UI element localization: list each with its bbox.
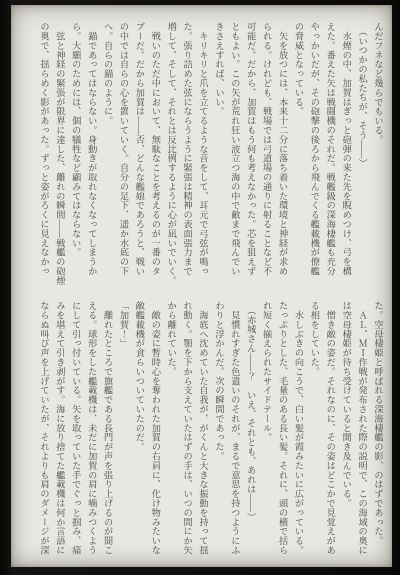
text-column: （いつかの私たちが、そう——） (353, 22, 369, 274)
text-column: キリキリと爪を立てるような音をして、耳元で弓弦が鳴っ (194, 22, 210, 274)
text-column: た。張り詰めた弦にならうように緊張は精神の表面張力まで (178, 22, 194, 274)
text-column: は空母棲姫が待ち受けていると聞き及んでいる。 (337, 301, 353, 563)
scan-background: んだフネなど幾らでもいる。 （いつかの私たちが、そう——） 水煙の中、加賀はぎっ… (0, 0, 400, 575)
text-column: にして引っ付いている。矢を取っていた手でぐっと掴み、痛 (67, 301, 83, 563)
text-column: 増して、そして、それとは反比例するように心が凪いでいく。 (162, 22, 178, 274)
text-column: ともよい。この矢が荒れ狂い波立つ海の中で敵まで飛んでい (226, 22, 242, 274)
book-page: んだフネなど幾らでもいる。 （いつかの私たちが、そう——） 水煙の中、加賀はぎっ… (11, 5, 392, 567)
text-column: みを堪えて引き剥がす。海に放り捨てた艦載機は何か言語に (51, 301, 67, 563)
text-column: たっぷりとした、毛量のある長い髪。それに、頭の横で括ら (274, 301, 290, 563)
text-column: 水煙の中、加賀はぎっと砲弾の来た先を睨めつけ、弓を構 (337, 22, 353, 274)
text-column: える。球形をした艦載機は、未だに加賀の肩に噛みつくよう (83, 301, 99, 563)
text-column: やっかいだが、その砲撃の後ろから飛んでくる艦載機が僚艦 (305, 22, 321, 274)
text-column: た。空母棲姫と呼ばれる深海棲艦の影、のはずであった。 (369, 301, 385, 563)
text-column: れ動く。顎を下から支えていたはずの手は、いつの間にか矢 (178, 301, 194, 563)
text-column: 矢を放つには、本来十二分に落ち着いた環境と神経が求め (274, 22, 290, 274)
text-column: ら。大願のためには、個の犠牲など顧みてはならない。 (67, 22, 83, 274)
text-column: の脅威となっている。 (290, 22, 306, 274)
text-column: 憎き敵の姿だ。それなのに、その姿はどこかで見覚えがあ (321, 301, 337, 563)
text-column: ならぬ叫び声を上げていたが、それよりも肩のダメージが深 (35, 301, 51, 563)
text-column: られる。けれども、戦場では弓道場の通りに射ることなど不 (258, 22, 274, 274)
text-column: きさえすれば、いい。 (210, 22, 226, 274)
text-column: 弦と神経の緊張が限界に達した、離れの瞬間——戦艦の砲煙 (51, 22, 67, 274)
text-column: 敵艦載機が食らいついていたのだ。 (131, 301, 147, 563)
text-column: の中では自らの心を置いていく。自分の足下、遥か水底の下 (115, 22, 131, 274)
text-column: 海底へ沈めていた自我が、がくんと大きな振動を持って揺 (194, 301, 210, 563)
text-column: 「加賀！」 (115, 301, 131, 563)
text-column: ＡＬ、ＭＩ作戦が発布された際の説明で、この海域の奥に (353, 301, 369, 563)
text-column: 水しぶきの向こうで、白い髪が霞みたいに広がっている。 (290, 301, 306, 563)
text-column: 離れたところで旗艦である長門が声を張り上げるのが聞こ (99, 301, 115, 563)
text-column: の奥で、揺らめく影があった。ずっと姿がろくに見えなかっ (35, 22, 51, 274)
text-column: んだフネなど幾らでもいる。 (369, 22, 385, 274)
text-column: へ。自らの錨のように。 (99, 22, 115, 274)
text-column: 錨であってはならない。身動きが取れなくなってしまうか (83, 22, 99, 274)
text-column: 敵の姿に暫時心を奪われた加賀の右肩に、化け物みたいな (146, 301, 162, 563)
text-column: （赤城さん——？ いえ、それとも、あれは——） (242, 301, 258, 563)
text-column: わりと浮かんだ。次の瞬間であった。 (210, 301, 226, 563)
text-column: 戦いのただ中において、無駄なことを考えるのが一番のタ (146, 22, 162, 274)
upper-text-block: んだフネなど幾らでもいる。 （いつかの私たちが、そう——） 水煙の中、加賀はぎっ… (35, 22, 385, 274)
text-column: から離れていた。 (162, 301, 178, 563)
lower-text-block: た。空母棲姫と呼ばれる深海棲艦の影、のはずであった。 ＡＬ、ＭＩ作戦が発布された… (35, 301, 385, 563)
text-column: ブーだ。だから加賀は——否、どんな艦娘であろうと、戦い (131, 22, 147, 274)
text-column: 見慣れすぎた色遣いのそれが、まるで意思を持つようにふ (226, 301, 242, 563)
text-column: えた。番えた矢は戦闘機のそれだ。戦艦級の深海棲艦も充分 (321, 22, 337, 274)
text-column: る相をしていた。 (305, 301, 321, 563)
text-column: れ短く揃えられたサイドテール。 (258, 301, 274, 563)
text-column: 可能だ。だから、加賀はもう何も考えなかった。芯を狙えず (242, 22, 258, 274)
